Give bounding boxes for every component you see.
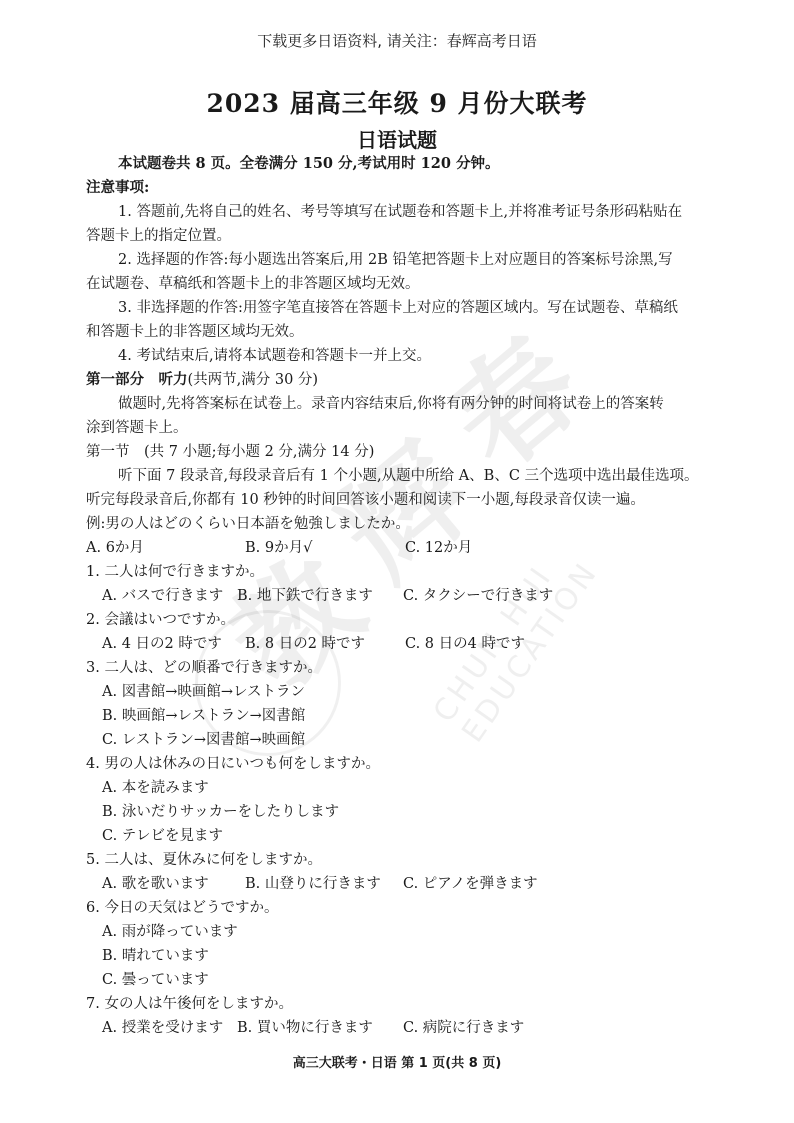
section1-heading: 第一节 (共 7 小题;每小题 2 分,满分 14 分) — [86, 442, 374, 462]
notice-heading: 注意事项: — [86, 178, 149, 198]
q5-option-b: B. 山登りに行きます — [245, 874, 381, 894]
notice-item-2-cont: 在试题卷、草稿纸和答题卡上的非答题区域均无效。 — [86, 274, 420, 294]
page-footer: 高三大联考・日语 第 1 页(共 8 页) — [0, 1052, 794, 1071]
q1-option-a: A. バスで行きます — [102, 586, 223, 606]
notice-item-3: 3. 非选择题的作答:用签字笔直接答在答题卡上对应的答题区域内。写在试题卷、草稿… — [118, 298, 678, 318]
q3-option-c: C. レストラン→図書館→映画館 — [102, 730, 305, 750]
notice-item-1: 1. 答题前,先将自己的姓名、考号等填写在试题卷和答题卡上,并将准考证号条形码粘… — [118, 202, 682, 222]
example-option-b: B. 9か月√ — [245, 538, 312, 558]
q1-option-b: B. 地下鉄で行きます — [237, 586, 373, 606]
example-option-c: C. 12か月 — [405, 538, 472, 558]
q2-option-b: B. 8 日の2 時です — [245, 634, 365, 654]
question-1: 1. 二人は何で行きますか。 — [86, 562, 264, 582]
q4-option-c: C. テレビを見ます — [102, 826, 223, 846]
part1-heading-bold: 第一部分 听力 — [86, 371, 188, 388]
exam-page: 春 辉 教 CHUN HUI EDUCATION 下载更多日语资料, 请关注：春… — [0, 0, 794, 1123]
q2-option-a: A. 4 日の2 時です — [102, 634, 222, 654]
notice-item-3-cont: 和答题卡上的非答题区域均无效。 — [86, 322, 304, 342]
download-banner: 下载更多日语资料, 请关注：春辉高考日语 — [0, 30, 794, 51]
question-7: 7. 女の人は午後何をしますか。 — [86, 994, 293, 1014]
q1-option-c: C. タクシーで行きます — [403, 586, 553, 606]
question-3: 3. 二人は、どの順番で行きますか。 — [86, 658, 322, 678]
question-5: 5. 二人は、夏休みに何をしますか。 — [86, 850, 322, 870]
part1-instructions-cont: 涂到答题卡上。 — [86, 418, 188, 438]
question-6: 6. 今日の天気はどうですか。 — [86, 898, 278, 918]
section1-instructions: 听下面 7 段录音,每段录音后有 1 个小题,从题中所给 A、B、C 三个选项中… — [118, 466, 699, 486]
q2-option-c: C. 8 日の4 時です — [405, 634, 525, 654]
notice-item-2: 2. 选择题的作答:每小题选出答案后,用 2B 铅笔把答题卡上对应题目的答案标号… — [118, 250, 673, 270]
q6-option-b: B. 晴れています — [102, 946, 209, 966]
notice-item-4: 4. 考试结束后,请将本试题卷和答题卡一并上交。 — [118, 346, 431, 366]
section1-instructions-cont: 听完每段录音后,你都有 10 秒钟的时间回答该小题和阅读下一小题,每段录音仅读一… — [86, 490, 645, 510]
q7-option-b: B. 買い物に行きます — [237, 1018, 373, 1038]
q3-option-b: B. 映画館→レストラン→図書館 — [102, 706, 305, 726]
exam-subtitle: 日语试题 — [0, 124, 794, 153]
part1-heading-rest: (共两节,满分 30 分) — [188, 372, 319, 388]
q6-option-c: C. 曇っています — [102, 970, 209, 990]
q4-option-a: A. 本を読みます — [102, 778, 209, 798]
example-question: 例:男の人はどのくらい日本語を勉強しましたか。 — [86, 514, 410, 534]
q5-option-a: A. 歌を歌います — [102, 874, 209, 894]
question-4: 4. 男の人は休みの日にいつも何をしますか。 — [86, 754, 380, 774]
part1-instructions: 做题时,先将答案标在试卷上。录音内容结束后,你将有两分钟的时间将试卷上的答案转 — [118, 394, 664, 414]
part1-heading: 第一部分 听力(共两节,满分 30 分) — [86, 370, 318, 390]
q3-option-a: A. 図書館→映画館→レストラン — [102, 682, 305, 702]
example-option-a: A. 6か月 — [86, 538, 144, 558]
watermark-latin: CHUN HUI EDUCATION — [427, 381, 714, 749]
q6-option-a: A. 雨が降っています — [102, 922, 238, 942]
q7-option-a: A. 授業を受けます — [102, 1018, 223, 1038]
notice-item-1-cont: 答题卡上的指定位置。 — [86, 226, 231, 246]
question-2: 2. 会議はいつですか。 — [86, 610, 235, 630]
intro-text: 本试题卷共 8 页。全卷满分 150 分,考试用时 120 分钟。 — [118, 154, 499, 174]
q5-option-c: C. ピアノを弾きます — [403, 874, 538, 894]
exam-title: 2023 届高三年级 9 月份大联考 — [0, 84, 794, 120]
q7-option-c: C. 病院に行きます — [403, 1018, 524, 1038]
q4-option-b: B. 泳いだりサッカーをしたりします — [102, 802, 339, 822]
